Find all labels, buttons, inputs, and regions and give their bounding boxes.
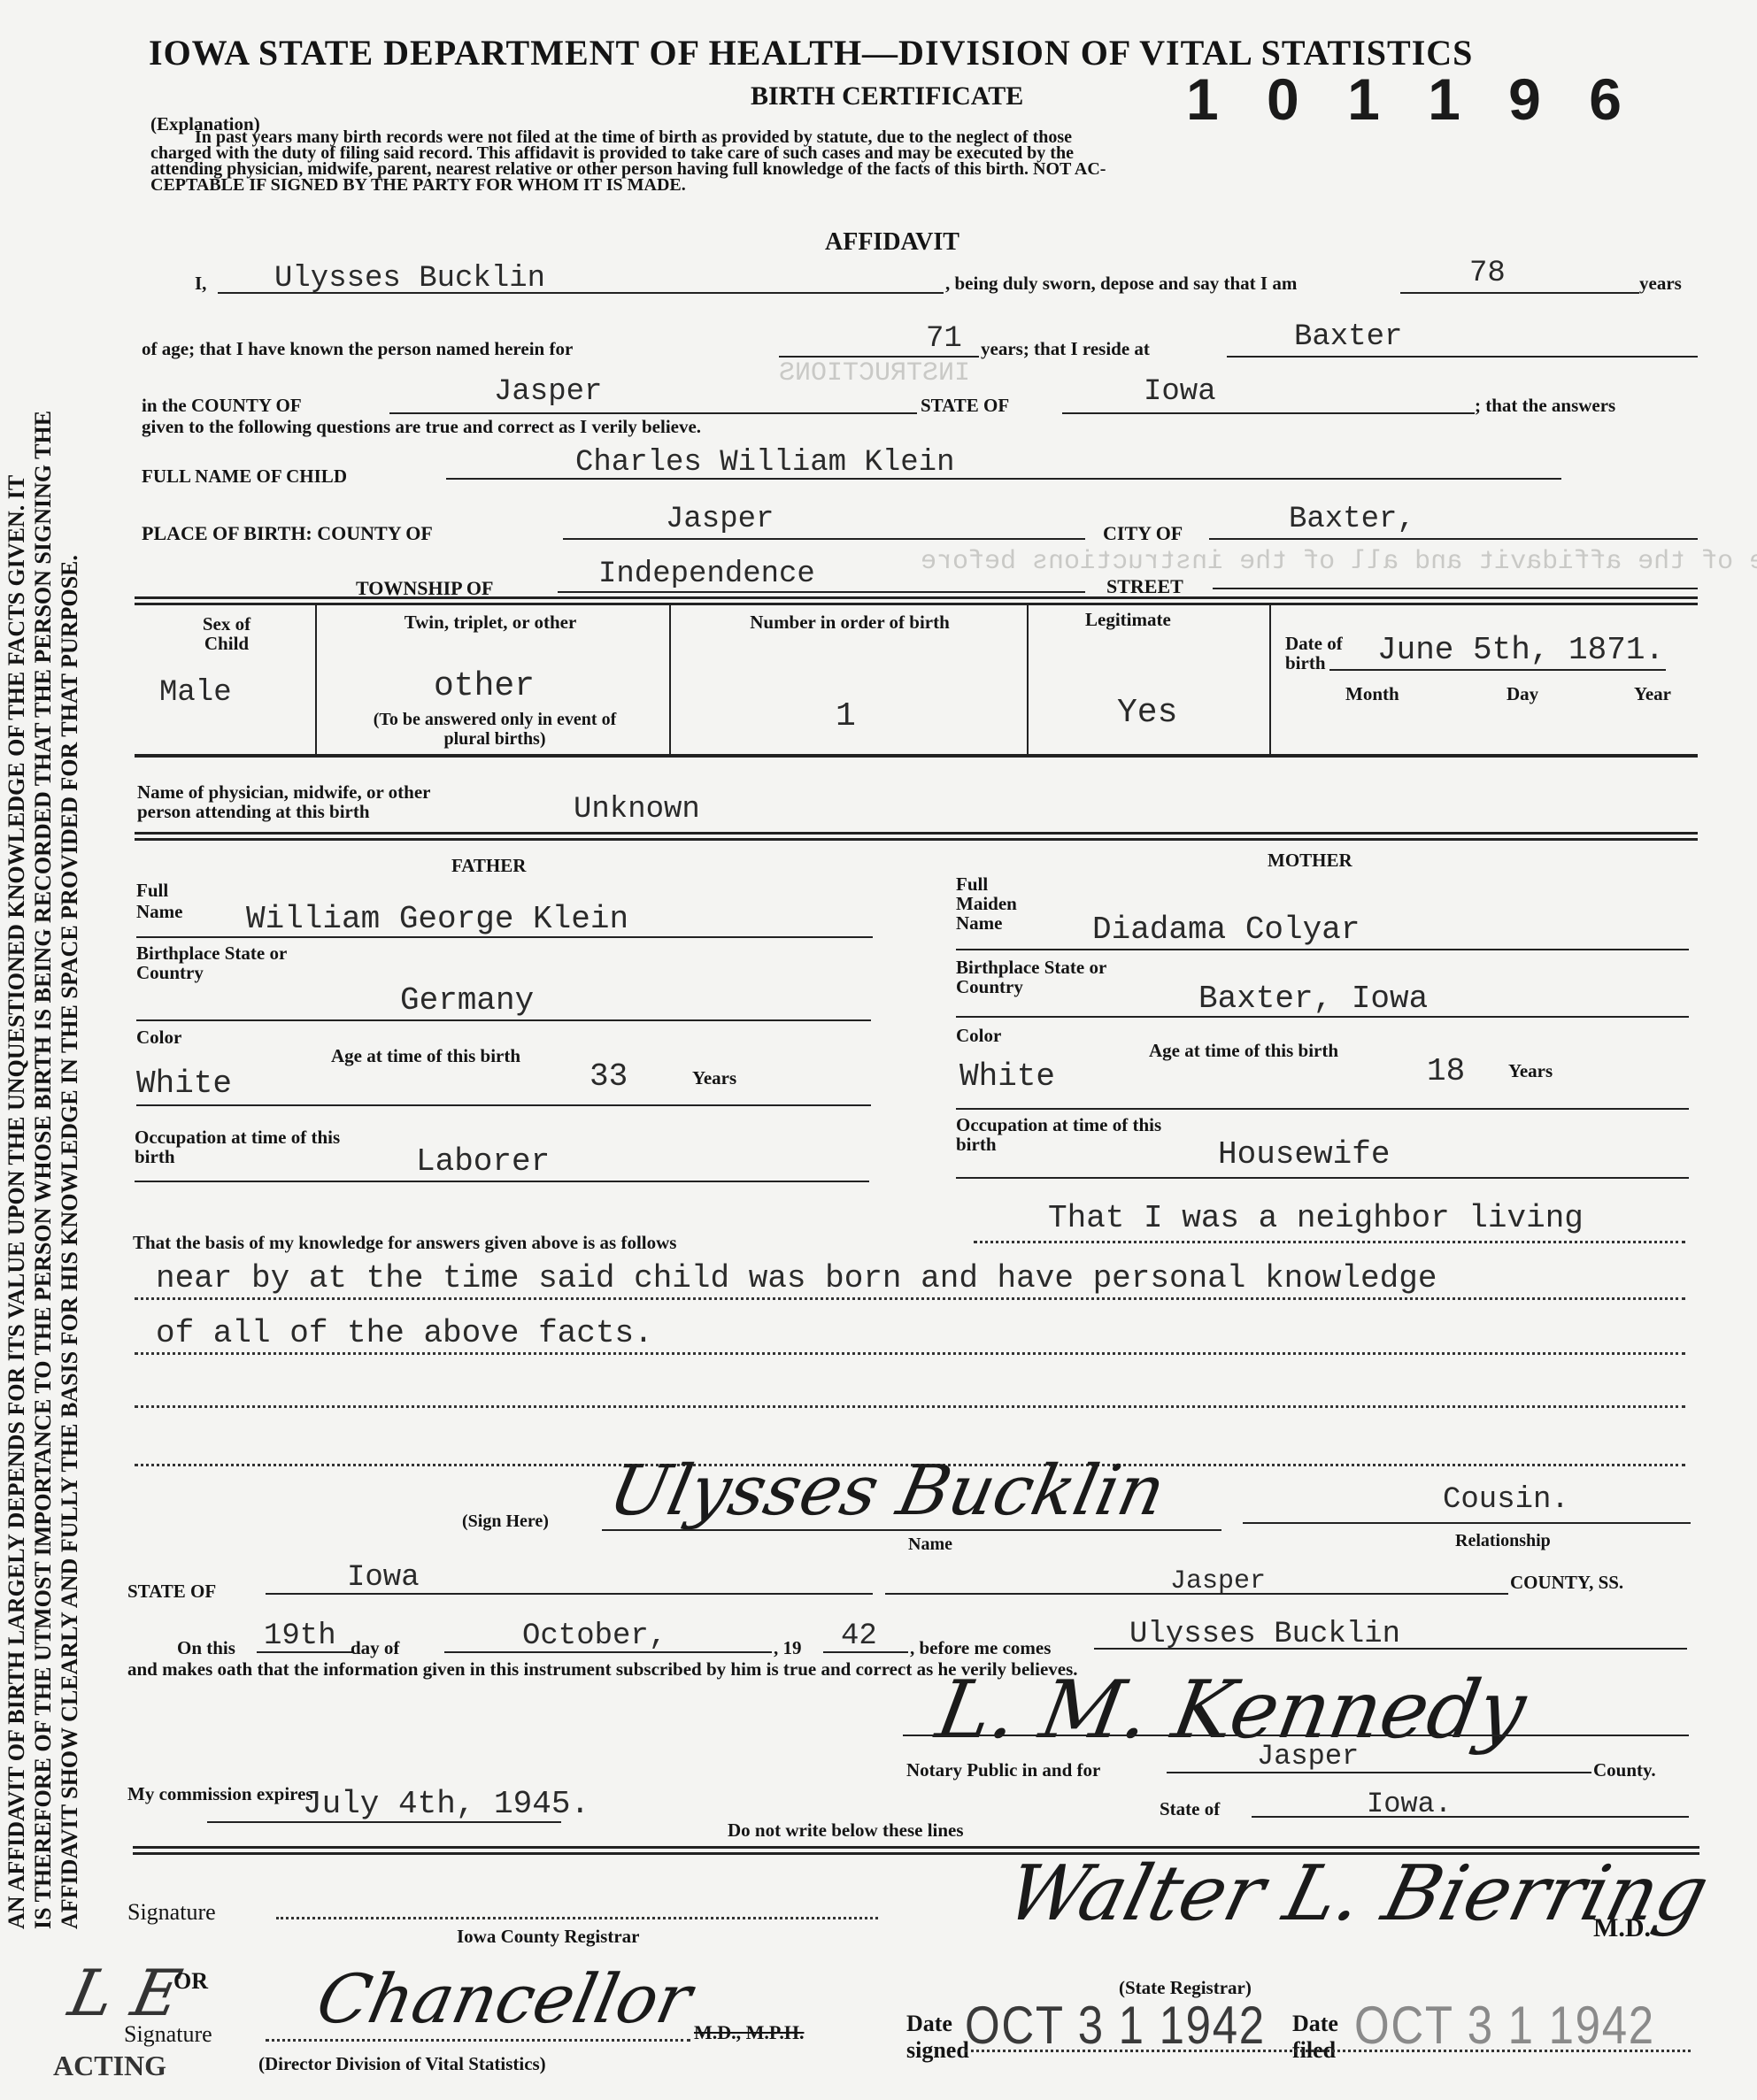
child-full-name: Charles William Klein [575, 446, 954, 480]
father-birthplace-label: Birthplace State or Country [136, 943, 349, 982]
father-age: 33 [590, 1058, 628, 1095]
explanation-line: CEPTABLE IF SIGNED BY THE PARTY FOR WHOM… [150, 177, 1699, 193]
notary-state-label: STATE OF [127, 1581, 216, 1603]
father-years-label: Years [692, 1067, 736, 1089]
legit-value: Yes [1117, 694, 1177, 732]
residence: Baxter [1294, 320, 1402, 354]
plural-value: other [434, 667, 535, 705]
mother-birthplace: Baxter, Iowa [1198, 981, 1428, 1017]
father-occupation: Laborer [416, 1143, 550, 1180]
label-county: in the COUNTY OF [142, 395, 302, 417]
notary-state-of-label: State of [1160, 1798, 1220, 1820]
father-occupation-label: Occupation at time of this birth [135, 1127, 382, 1166]
affiant-name: Ulysses Bucklin [274, 262, 545, 296]
day-of-label: day of [351, 1637, 399, 1659]
basis-line-3: of all of the above facts. [156, 1315, 653, 1351]
attendant-label: Name of physician, midwife, or other per… [137, 782, 482, 821]
signature-label: Signature [127, 1899, 216, 1926]
label-state: STATE OF [921, 395, 1009, 417]
father-heading: FATHER [451, 855, 526, 877]
mother-color: White [959, 1058, 1055, 1095]
side-text-line: AN AFFIDAVIT OF BIRTH LARGELY DEPENDS FO… [4, 71, 30, 1929]
oath-year: 42 [841, 1619, 877, 1653]
mother-name: Diadama Colyar [1092, 912, 1360, 948]
certificate-number: 1 0 1 1 9 6 [1186, 65, 1638, 133]
date-filed-stamp: OCT 3 1 1942 [1354, 1995, 1655, 2056]
ghost-instructions: INSTRUCTIONS [779, 358, 970, 388]
dob-label: Date of birth [1285, 634, 1365, 673]
basis-label: That the basis of my knowledge for answe… [133, 1232, 676, 1254]
mother-age-label: Age at time of this birth [1149, 1041, 1344, 1060]
side-text-line: AFFIDAVIT SHOW CLEARLY AND FULLY THE BAS… [57, 71, 83, 1929]
mother-years-label: Years [1508, 1060, 1553, 1082]
birth-city: Baxter, [1289, 503, 1415, 536]
legit-label: Legitimate [1085, 609, 1171, 631]
dob-value: June 5th, 1871. [1377, 632, 1664, 668]
year-label: Year [1634, 683, 1671, 705]
oath-month: October, [522, 1619, 667, 1653]
acting-initials: L E [63, 1956, 188, 2030]
label-reside: years; that I reside at [981, 338, 1150, 360]
sign-here-label: (Sign Here) [462, 1512, 549, 1532]
mother-heading: MOTHER [1268, 850, 1352, 872]
on-this-label: On this [177, 1637, 235, 1659]
director-signature-label: Signature [124, 2021, 212, 2048]
affiant-county: Jasper [494, 375, 602, 409]
day-label: Day [1507, 683, 1538, 705]
basis-line-2: near by at the time said child was born … [156, 1260, 1437, 1296]
notary-signature: L. M. Kennedy [930, 1664, 1533, 1757]
affiant-signature: Ulysses Bucklin [602, 1451, 1172, 1531]
director-label: (Director Division of Vital Statistics) [258, 2053, 546, 2075]
acting-label: ACTING [53, 2050, 166, 2082]
month-label: Month [1345, 683, 1399, 705]
oath-day: 19th [264, 1619, 336, 1653]
mother-occupation-label: Occupation at time of this birth [956, 1115, 1204, 1154]
label-of-age: of age; that I have known the person nam… [142, 338, 573, 360]
ghost-study: Carefully study the face of the affidavi… [921, 547, 1757, 577]
do-not-write-label: Do not write below these lines [728, 1819, 964, 1842]
director-signature: Chancellor [311, 1959, 699, 2038]
relationship-value: Cousin. [1443, 1483, 1569, 1517]
date-signed-stamp: OCT 3 1 1942 [965, 1995, 1266, 2056]
label-years: years [1639, 273, 1682, 295]
oath-text: and makes oath that the information give… [127, 1658, 1078, 1681]
plural-note: (To be answered only in event of plural … [349, 710, 641, 749]
years-known: 71 [926, 322, 962, 356]
or-label: OR [173, 1968, 208, 1995]
order-label: Number in order of birth [744, 612, 956, 632]
side-warning-text: AN AFFIDAVIT OF BIRTH LARGELY DEPENDS FO… [4, 71, 83, 1929]
notary-public-label: Notary Public in and for [906, 1759, 1100, 1781]
date-filed-label: Date filed [1292, 2011, 1354, 2064]
plural-label: Twin, triplet, or other [393, 612, 588, 632]
commission-label: My commission expires [127, 1784, 313, 1804]
father-birthplace: Germany [400, 982, 534, 1019]
date-signed-label: Date signed [906, 2011, 968, 2064]
mother-age: 18 [1427, 1053, 1465, 1089]
md-mph-label: M.D., M.P.H. [694, 2021, 804, 2044]
label-child-name: FULL NAME OF CHILD [142, 465, 347, 488]
sex-value: Male [159, 676, 232, 710]
before-me-label: , before me comes [910, 1637, 1051, 1659]
affiant-age: 78 [1469, 257, 1506, 290]
commission-expires: July 4th, 1945. [303, 1786, 590, 1822]
label-answers: ; that the answers [1475, 395, 1615, 417]
county-ss-label: COUNTY, SS. [1510, 1572, 1623, 1594]
name-label: Name [908, 1535, 952, 1555]
county-suffix: County. [1593, 1759, 1656, 1781]
relationship-label: Relationship [1455, 1531, 1551, 1551]
father-age-label: Age at time of this birth [331, 1046, 526, 1065]
father-name: William George Klein [246, 901, 628, 937]
birth-township: Independence [598, 558, 815, 591]
mother-color-label: Color [956, 1025, 1001, 1047]
notary-county: Jasper [1257, 1740, 1359, 1773]
father-name-label: Full Name [136, 880, 207, 922]
order-value: 1 [836, 697, 856, 735]
father-color-label: Color [136, 1027, 181, 1049]
certificate-subtitle: BIRTH CERTIFICATE [751, 81, 1023, 112]
year-prefix: , 19 [774, 1637, 802, 1659]
basis-line-1: That I was a neighbor living [1048, 1200, 1584, 1236]
label-place-of-birth: PLACE OF BIRTH: COUNTY OF [142, 522, 433, 545]
notary-state: Iowa [347, 1561, 420, 1595]
affiant-state: Iowa [1144, 375, 1216, 409]
oath-affiant: Ulysses Bucklin [1129, 1618, 1400, 1651]
county-registrar-label: Iowa County Registrar [457, 1926, 639, 1948]
mother-birthplace-label: Birthplace State or Country [956, 958, 1168, 996]
attendant-value: Unknown [574, 793, 700, 827]
birth-county: Jasper [666, 503, 774, 536]
label-street: STREET [1106, 575, 1183, 598]
label-city: CITY OF [1103, 522, 1183, 545]
father-color: White [136, 1065, 232, 1102]
label-i: I, [195, 273, 206, 295]
side-text-line: IS THEREFORE OF THE UTMOST IMPORTANCE TO… [30, 71, 57, 1929]
md-suffix: M.D. [1593, 1913, 1651, 1943]
explanation-text: In past years many birth records were no… [150, 129, 1699, 193]
label-given: given to the following questions are tru… [142, 416, 701, 438]
sex-label: Sex of Child [191, 614, 262, 653]
notary-venue-county: Jasper [1170, 1566, 1266, 1596]
mother-name-label: Full Maiden Name [956, 874, 1036, 933]
label-sworn: , being duly sworn, depose and say that … [945, 273, 1297, 295]
affidavit-heading: AFFIDAVIT [825, 228, 959, 257]
mother-occupation: Housewife [1218, 1136, 1390, 1173]
